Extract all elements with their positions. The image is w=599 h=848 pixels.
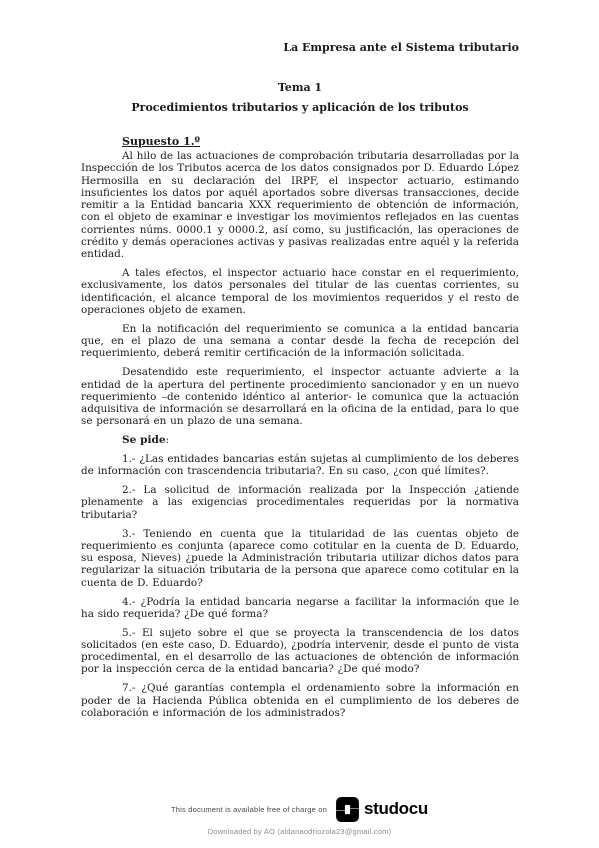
studocu-footer: This document is available free of charg… <box>0 795 599 836</box>
studocu-s-icon <box>335 796 360 823</box>
footer-availability-row: This document is available free of charg… <box>171 795 428 823</box>
studocu-logo-link[interactable]: studocu <box>335 796 428 823</box>
paragraph: Desatendido este requerimiento, el inspe… <box>81 366 519 427</box>
availability-text: This document is available free of charg… <box>171 805 327 814</box>
page-subtitle: Procedimientos tributarios y aplicación … <box>81 101 519 114</box>
running-header: La Empresa ante el Sistema tributario <box>81 41 519 54</box>
document-page: La Empresa ante el Sistema tributario Te… <box>0 0 599 848</box>
question-item: 1.- ¿Las entidades bancarias están sujet… <box>81 453 519 478</box>
question-item: 3.- Teniendo en cuenta que la titularida… <box>81 528 519 589</box>
document-content: La Empresa ante el Sistema tributario Te… <box>81 41 519 726</box>
question-item: 7.- ¿Qué garantías contempla el ordenami… <box>81 682 519 719</box>
paragraph: Al hilo de las actuaciones de comprobaci… <box>81 150 519 261</box>
question-item: 4.- ¿Podría la entidad bancaria negarse … <box>81 596 519 621</box>
paragraph: A tales efectos, el inspector actuario h… <box>81 267 519 316</box>
section-heading: Supuesto 1.º <box>81 135 519 148</box>
se-pide-colon: : <box>166 434 170 446</box>
question-item: 2.- La solicitud de información realizad… <box>81 484 519 521</box>
se-pide-heading: Se pide: <box>81 434 519 446</box>
downloaded-by-text: Downloaded by AO (aldanaodriozola23@gmai… <box>208 827 392 836</box>
se-pide-label: Se pide <box>122 434 166 446</box>
studocu-logo-text: studocu <box>364 799 428 819</box>
question-item: 5.- El sujeto sobre el que se proyecta l… <box>81 627 519 676</box>
page-title: Tema 1 <box>81 81 519 94</box>
paragraph: En la notificación del requerimiento se … <box>81 323 519 360</box>
